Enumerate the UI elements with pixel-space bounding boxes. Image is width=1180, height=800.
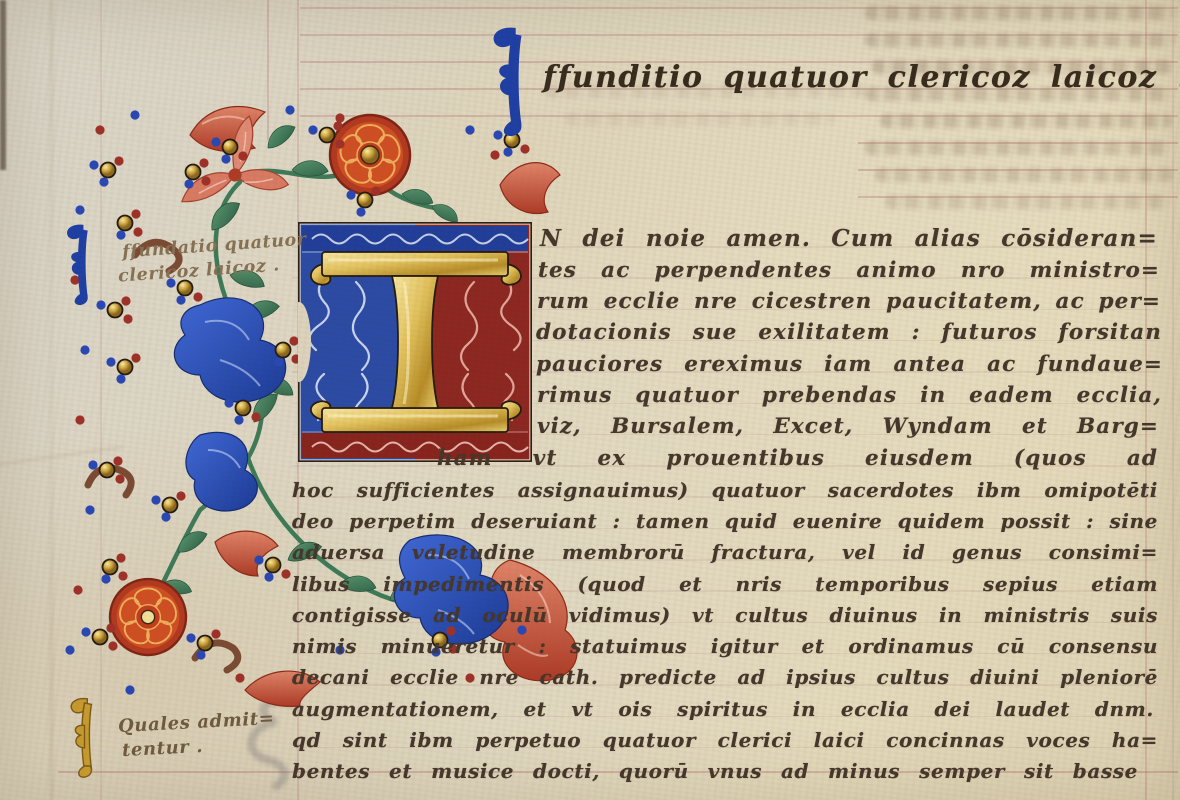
body-line: hoc sufficientes assignauimus) quatuor s… xyxy=(292,475,1158,505)
body-line: rum ecclie nre cicestren paucitatem, ac … xyxy=(537,287,1161,317)
body-line: pauciores ereximus iam antea ac fundaue= xyxy=(536,350,1163,380)
body-line: rimus quatuor prebendas in eadem ecclia, xyxy=(537,381,1162,411)
body-line: augmentationem, et vt ois spiritus in ec… xyxy=(292,694,1154,724)
rose-bottom xyxy=(110,579,186,655)
body-line: aduersa valetudine membrorū fractura, ve… xyxy=(292,537,1158,567)
body-line: bentes et musice docti, quorū vnus ad mi… xyxy=(292,756,1138,786)
body-line: qd sint ibm perpetuo quatuor clerici lai… xyxy=(292,725,1158,755)
parchment-crease xyxy=(50,0,53,800)
body-line: nimis minueretur : statuimus igitur et o… xyxy=(292,631,1158,661)
body-line: libus impedimentis (quod et nris tempori… xyxy=(292,569,1158,599)
body-line: dotacionis sue exilitatem : futuros fors… xyxy=(536,318,1162,348)
manuscript-page: ffunditio quatuor clericoz laicoz . ffun… xyxy=(0,0,1180,800)
body-line: N dei noie amen. Cum alias cōsideran= xyxy=(540,224,1158,254)
margin-note-bottom-line2: tentur . xyxy=(122,736,204,761)
body-line: deo perpetim deseruiant : tamen quid eue… xyxy=(292,506,1158,536)
page-edge-shadow xyxy=(0,0,6,170)
heading-paraph-mark xyxy=(482,24,532,140)
body-line: tes ac perpendentes animo nro ministro= xyxy=(538,256,1160,286)
body-line: viz, Bursalem, Excet, Wyndam et Barg= xyxy=(537,412,1159,442)
body-line: decani ecclie nre cath. predicte ad ipsi… xyxy=(292,662,1158,692)
margin-paraph-mark-blue xyxy=(57,222,97,308)
margin-paraph-mark-gold xyxy=(53,696,109,780)
page-heading: ffunditio quatuor clericoz laicoz . xyxy=(543,60,1180,95)
body-line: ham vt ex prouentibus eiusdem (quos ad xyxy=(437,444,1158,474)
illuminated-initial-I xyxy=(298,222,532,462)
body-line: contigisse ad oculū vidimus) vt cultus d… xyxy=(292,600,1158,630)
